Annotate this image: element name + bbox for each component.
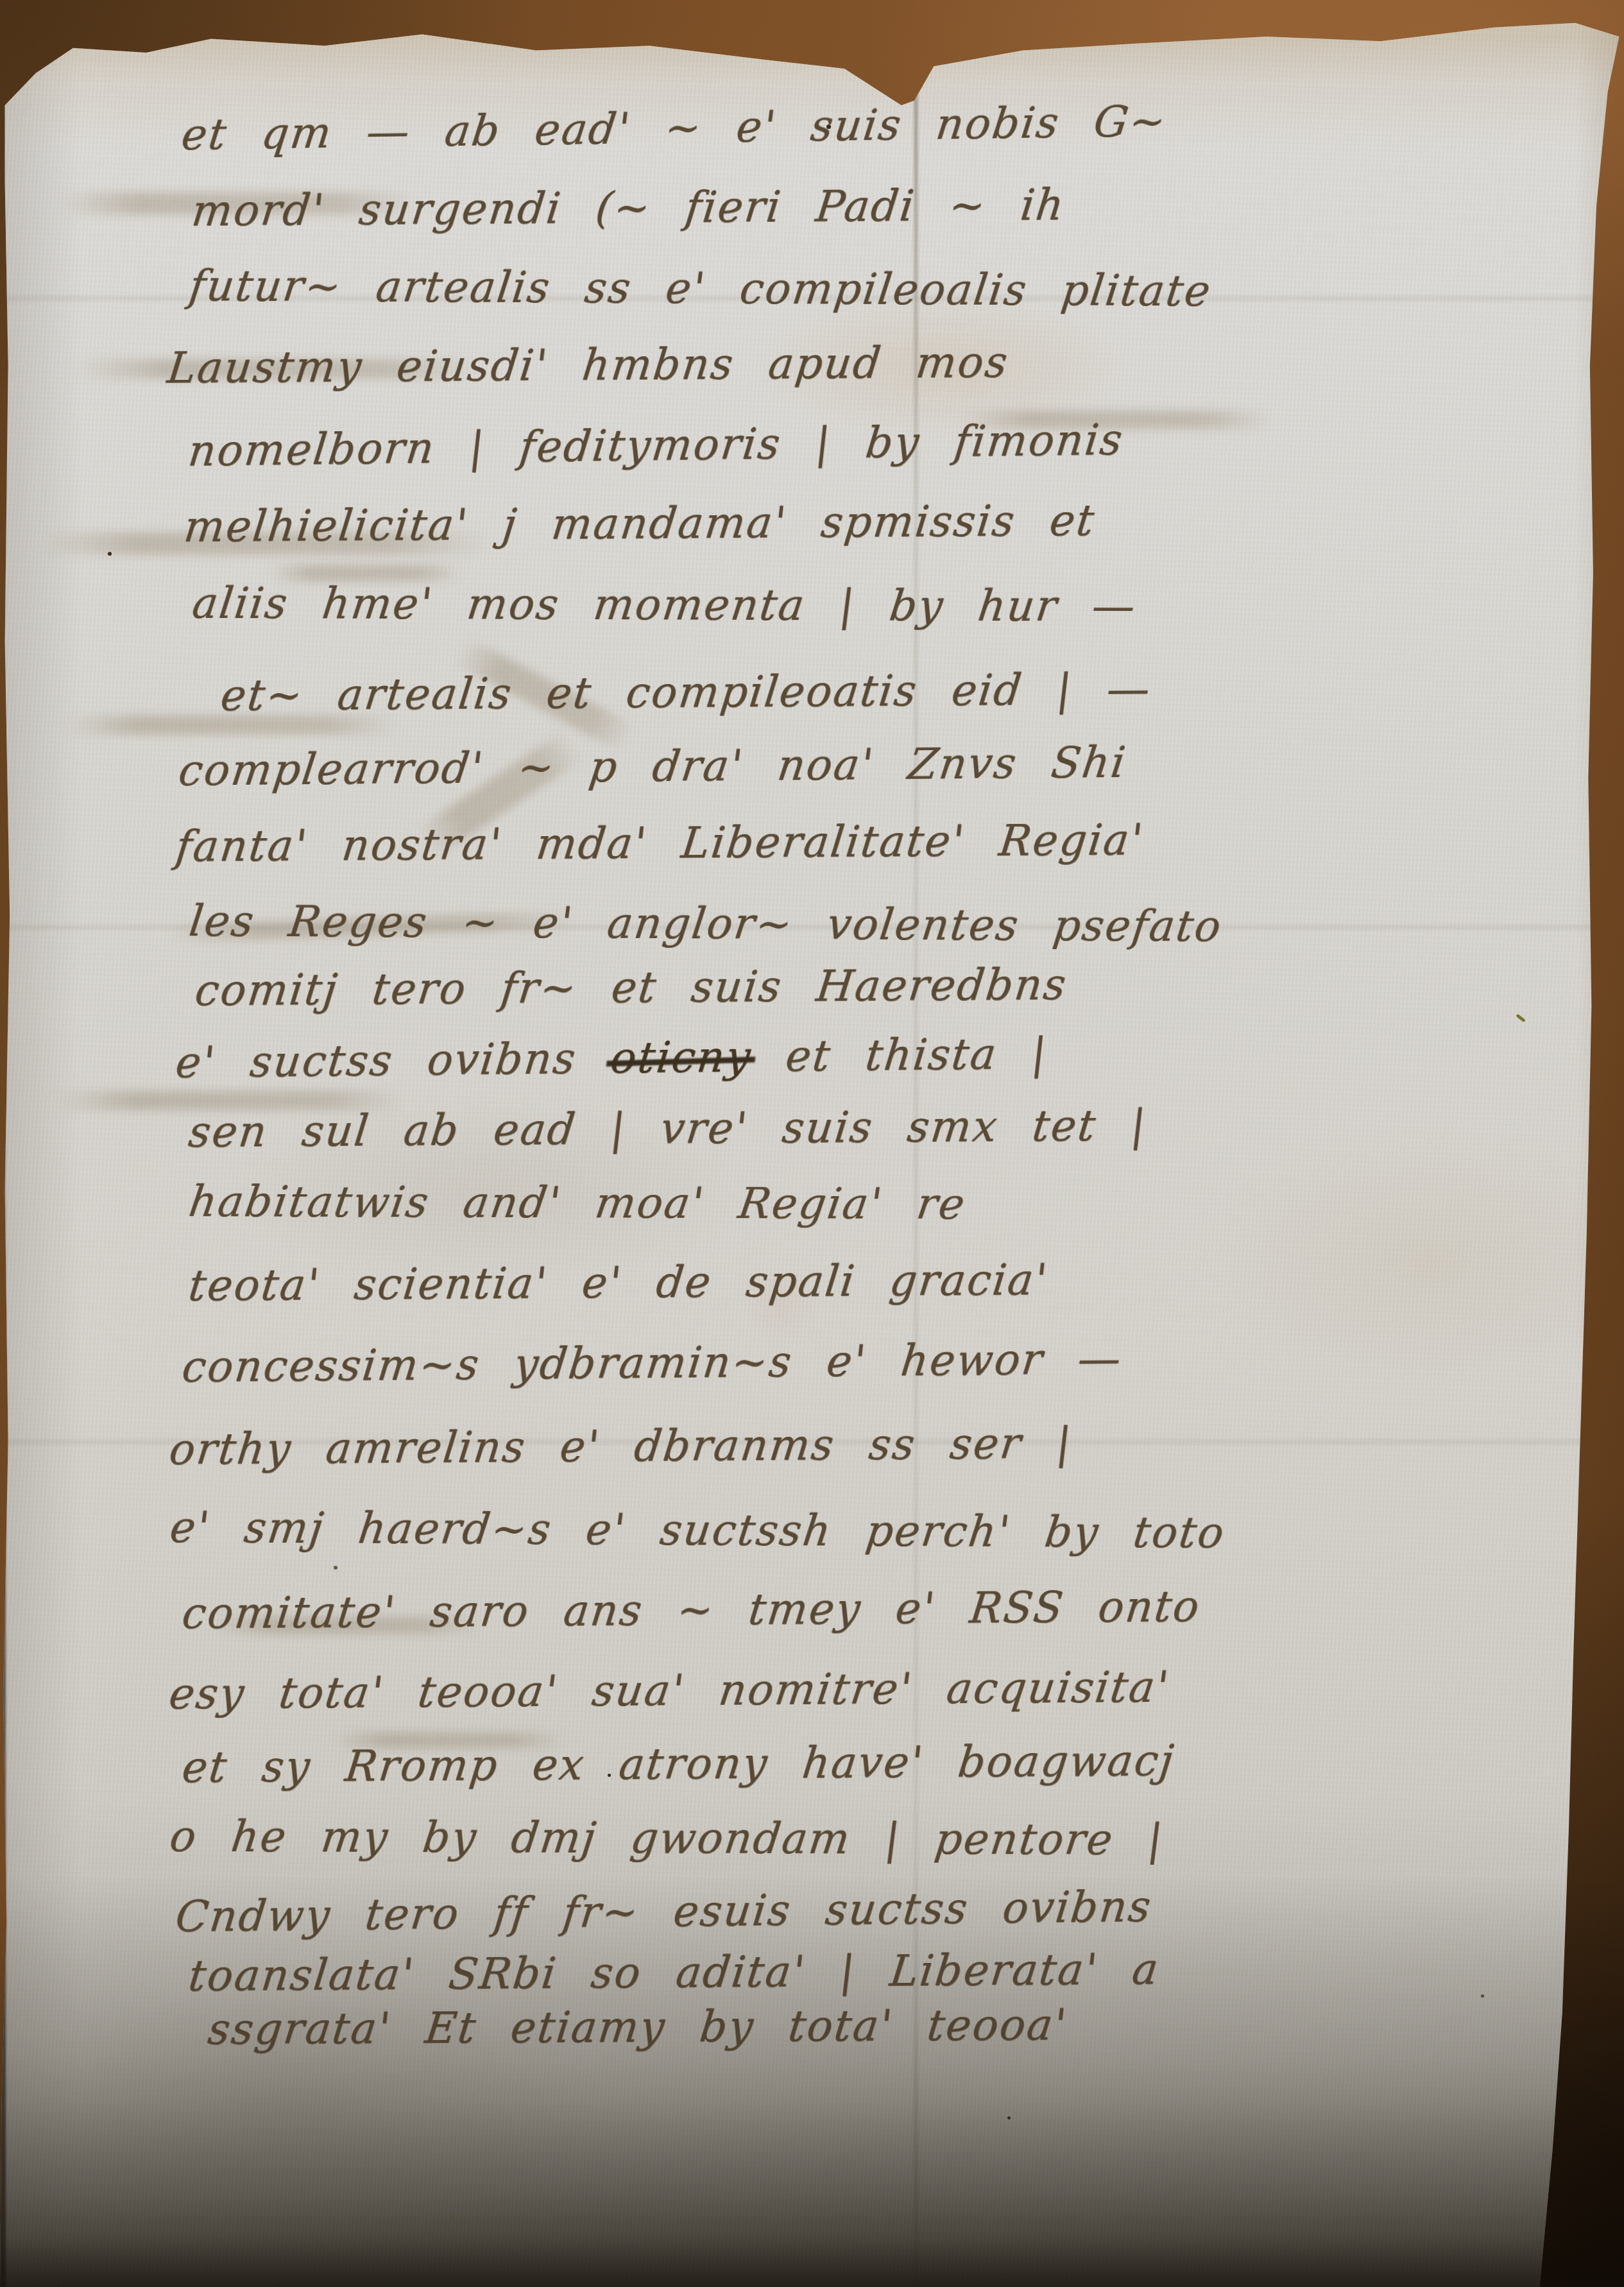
manuscript-line: et sy Rromp ex atrony have' boagwacj (179, 1729, 1179, 1801)
manuscript-line: et~ artealis et compileoatis eid | — (218, 658, 1155, 728)
struck-through-word: oticny (608, 1032, 755, 1083)
manuscript-line: concessim~s ydbramin~s e' hewor — (179, 1328, 1126, 1400)
manuscript-line: teota' scientia' e' de spali gracia' (185, 1248, 1052, 1318)
manuscript-line: sen sul ab ead | vre' suis smx tet | (185, 1094, 1150, 1165)
manuscript-page: et qm — ab ead' ~ e' suis nobis G~ mord'… (0, 0, 1624, 2287)
manuscript-line: melhielicita' j mandama' spmissis et (181, 489, 1099, 560)
manuscript-line: e' smj haerd~s e' suctssh perch' by toto (166, 1496, 1229, 1566)
manuscript-line: aliis hme' mos momenta | by hur — (189, 571, 1140, 638)
manuscript-line: et qm — ab ead' ~ e' suis nobis G~ (178, 89, 1170, 167)
manuscript-line: futur~ artealis ss e' compileoalis plita… (185, 254, 1215, 323)
manuscript-line: complearrod' ~ p dra' noa' Znvs Shi (175, 731, 1131, 803)
line-segment: e' suctss ovibns (173, 1034, 613, 1088)
manuscript-line: comitate' saro ans ~ tmey e' RSS onto (179, 1575, 1204, 1646)
line-segment: et thista | (749, 1029, 1050, 1082)
manuscript-line: o he my by dmj gwondam | pentore | (166, 1804, 1168, 1872)
manuscript-line-with-deletion: e' suctss ovibns oticny et thista | (173, 1022, 1052, 1095)
manuscript-line: habitatwis and' moa' Regia' re (185, 1170, 970, 1237)
manuscript-line: nomelborn | feditymoris | by fimonis (185, 408, 1127, 484)
manuscript-line: les Reges ~ e' anglor~ volentes psefato (185, 889, 1226, 959)
bottom-shadow (0, 1875, 1624, 2287)
ink-speck (823, 59, 828, 65)
manuscript-line: esy tota' teooa' sua' nomitre' acquisita… (166, 1656, 1174, 1727)
manuscript-line: comitj tero fr~ et suis Haeredbns (192, 953, 1071, 1023)
photo-backdrop: et qm — ab ead' ~ e' suis nobis G~ mord'… (0, 0, 1624, 2287)
manuscript-line: fanta' nostra' mda' Liberalitate' Regia' (173, 809, 1148, 880)
manuscript-line: mord' surgendi (~ fieri Padi ~ ih (189, 173, 1069, 243)
manuscript-line: orthy amrelins e' dbranms ss ser | (166, 1412, 1076, 1482)
manuscript-line: Laustmy eiusdi' hmbns apud mos (164, 330, 1013, 400)
